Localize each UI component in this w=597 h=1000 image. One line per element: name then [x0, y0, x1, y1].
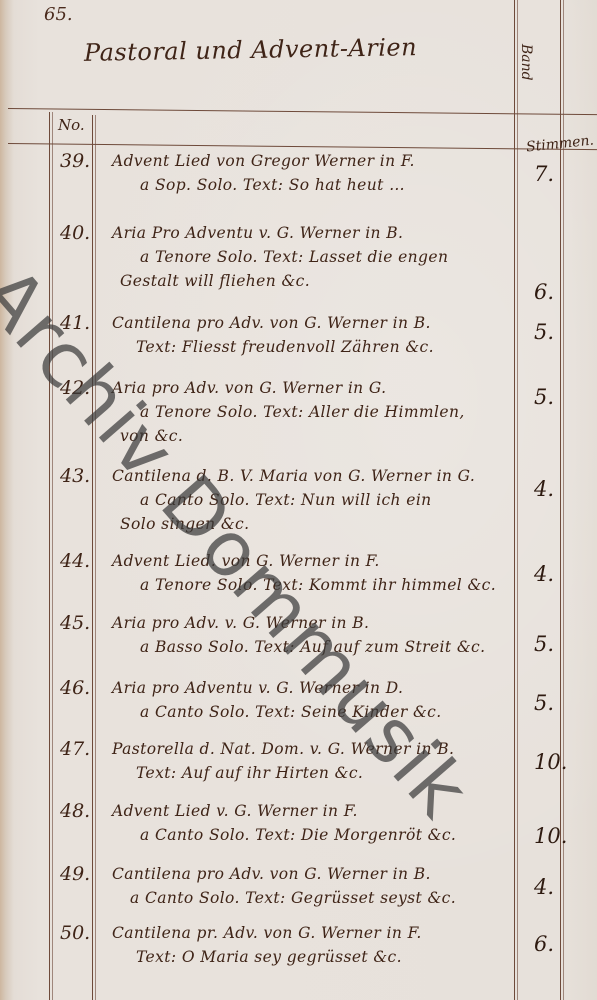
entry-detail: Text: Fliesst freudenvoll Zähren &c.: [136, 338, 434, 356]
entry-parts-count: 4.: [534, 477, 554, 501]
entry-detail: a Tenore Solo. Text: Kommt ihr himmel &c…: [140, 576, 496, 594]
parts-column-left-rule-2: [517, 0, 518, 1000]
entry-detail: a Sop. Solo. Text: So hat heut …: [140, 176, 405, 194]
entry-number: 49.: [60, 863, 90, 885]
page-number: 65.: [44, 4, 73, 25]
entry-number: 39.: [60, 150, 90, 172]
entry-parts-count: 6.: [534, 280, 554, 304]
entry-number: 48.: [60, 800, 90, 822]
entry-detail: a Canto Solo. Text: Nun will ich ein: [140, 491, 432, 509]
entry-number: 44.: [60, 550, 90, 572]
entry-parts-count: 6.: [534, 932, 554, 956]
number-column-rule: [92, 115, 93, 1000]
entry-detail: a Tenore Solo. Text: Aller die Himmlen,: [140, 403, 465, 421]
entry-title: Advent Lied. von G. Werner in F.: [112, 552, 380, 570]
entry-title: Aria pro Adventu v. G. Werner in D.: [112, 679, 403, 697]
entry-number: 45.: [60, 612, 90, 634]
entry-number: 47.: [60, 738, 90, 760]
entry-parts-count: 10.: [534, 824, 567, 848]
entry-parts-count: 4.: [534, 875, 554, 899]
entry-number: 43.: [60, 465, 90, 487]
entry-detail-continued: Solo singen &c.: [120, 515, 249, 533]
entry-title: Advent Lied von Gregor Werner in F.: [112, 152, 415, 170]
header-top-rule: [8, 108, 597, 115]
entry-title: Aria Pro Adventu v. G. Werner in B.: [112, 224, 403, 242]
entry-parts-count: 5.: [534, 320, 554, 344]
entry-detail: a Canto Solo. Text: Gegrüsset seyst &c.: [130, 889, 456, 907]
entry-detail: a Canto Solo. Text: Die Morgenröt &c.: [140, 826, 456, 844]
entry-detail: a Basso Solo. Text: Auf auf zum Streit &…: [140, 638, 485, 656]
entry-parts-count: 5.: [534, 632, 554, 656]
entry-title: Advent Lied v. G. Werner in F.: [112, 802, 358, 820]
left-margin-rule: [49, 112, 50, 1000]
manuscript-page: 65. Pastoral und Advent-Arien Band No. S…: [0, 0, 597, 1000]
entry-number: 42.: [60, 377, 90, 399]
left-margin-rule-2: [52, 112, 53, 1000]
entry-parts-count: 7.: [534, 162, 554, 186]
entry-detail: a Tenore Solo. Text: Lasset die engen: [140, 248, 448, 266]
entry-detail-continued: von &c.: [120, 427, 183, 445]
entry-title: Cantilena pr. Adv. von G. Werner in F.: [112, 924, 422, 942]
entry-detail: Text: O Maria sey gegrüsset &c.: [136, 948, 402, 966]
entry-title: Aria pro Adv. von G. Werner in G.: [112, 379, 386, 397]
entry-detail-continued: Gestalt will fliehen &c.: [120, 272, 310, 290]
number-column-header: No.: [58, 116, 85, 134]
entry-number: 46.: [60, 677, 90, 699]
band-column-header: Band: [518, 44, 534, 81]
parts-column-left-rule: [514, 0, 515, 1000]
entry-title: Aria pro Adv. v. G. Werner in B.: [112, 614, 369, 632]
entry-detail: a Canto Solo. Text: Seine Kinder &c.: [140, 703, 442, 721]
entry-number: 50.: [60, 922, 90, 944]
entry-detail: Text: Auf auf ihr Hirten &c.: [136, 764, 363, 782]
entry-parts-count: 4.: [534, 562, 554, 586]
header-bottom-rule: [8, 143, 597, 150]
entry-number: 40.: [60, 222, 90, 244]
number-column-rule-2: [95, 115, 96, 1000]
entry-title: Cantilena pro Adv. von G. Werner in B.: [112, 865, 431, 883]
entry-parts-count: 5.: [534, 385, 554, 409]
entry-title: Cantilena pro Adv. von G. Werner in B.: [112, 314, 431, 332]
entry-number: 41.: [60, 312, 90, 334]
entry-title: Cantilena d. B. V. Maria von G. Werner i…: [112, 467, 475, 485]
section-title: Pastoral und Advent-Arien: [84, 33, 418, 67]
entry-title: Pastorella d. Nat. Dom. v. G. Werner in …: [112, 740, 454, 758]
entry-parts-count: 10.: [534, 750, 567, 774]
entry-parts-count: 5.: [534, 691, 554, 715]
